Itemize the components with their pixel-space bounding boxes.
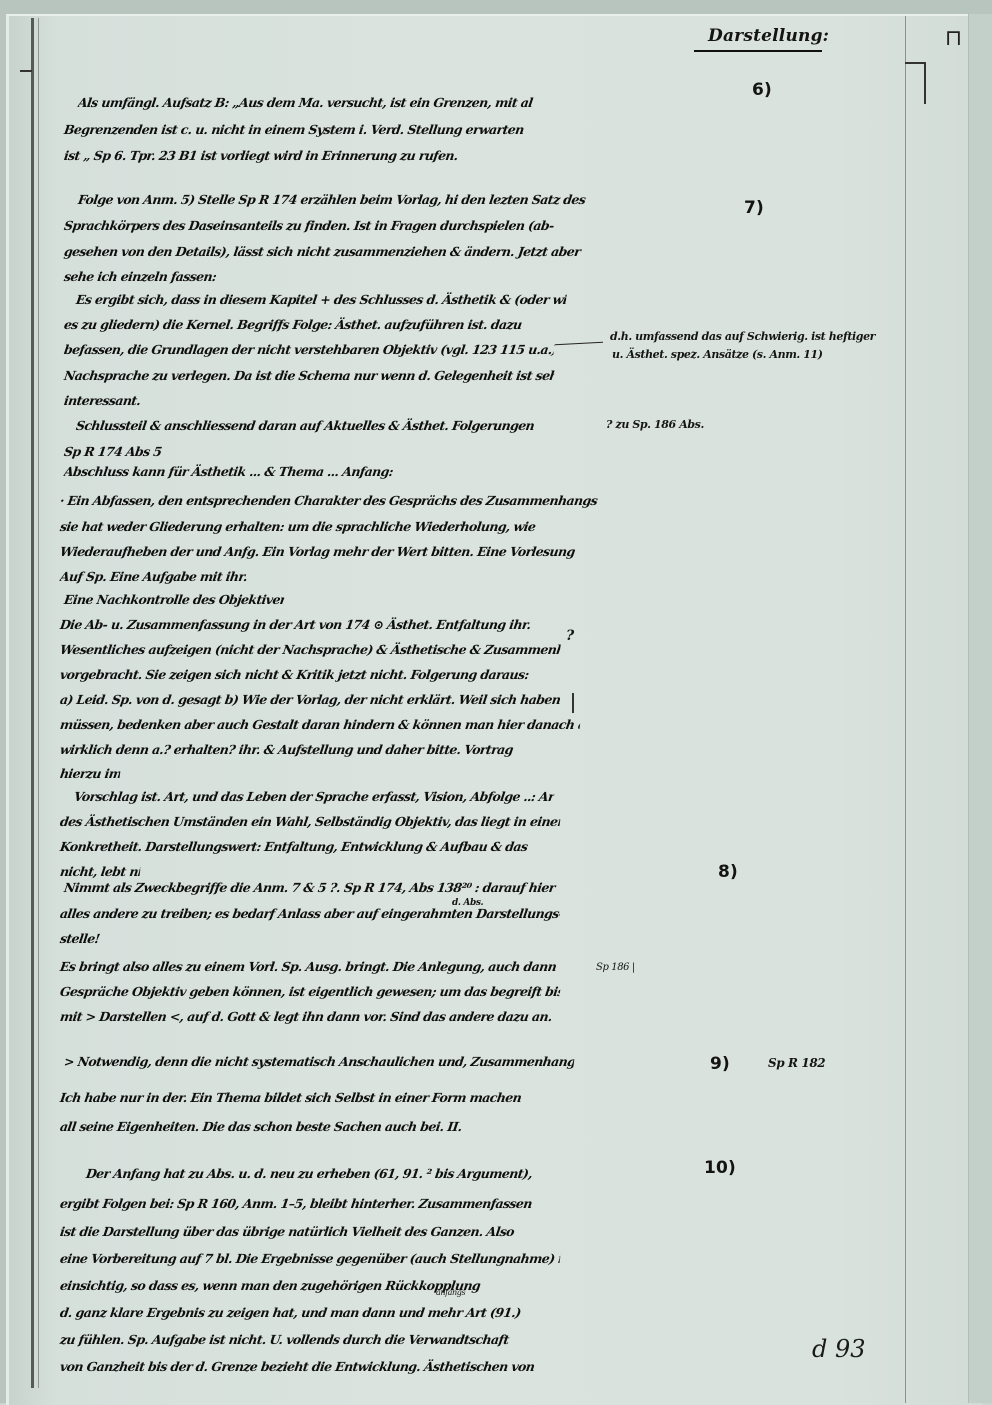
text-line: interessant. xyxy=(62,389,165,413)
text-line: eine Vorbereitung auf 7 bl. Die Ergebnis… xyxy=(58,1247,561,1271)
text-line: · Ein Abfassen, den entsprechenden Chara… xyxy=(58,489,601,513)
text-line: Begrenzenden ist c. u. nicht in einem Sy… xyxy=(62,118,697,142)
section-number-8: 8) xyxy=(718,862,738,882)
text-line: Vorschlag ist. Art, und das Leben der Sp… xyxy=(72,785,555,809)
text-line: Nimmt als Zweckbegriffe die Anm. 7 & 5 ?… xyxy=(62,876,565,900)
bracket-mark xyxy=(905,62,926,104)
text-line: stelle! xyxy=(58,927,121,951)
margin-note: Sp R 182 xyxy=(768,1056,825,1070)
text-line: ist „ Sp 6. Tpr. 23 B1 ist vorliegt wird… xyxy=(62,144,565,168)
margin-note: ? xyxy=(566,628,574,644)
text-line: Eine Nachkontrolle des Objektiven folgt. xyxy=(62,588,285,612)
insertion-above: anfangs xyxy=(436,1288,465,1297)
text-line: ist die Darstellung über das übrige natü… xyxy=(58,1220,561,1244)
heading-underline xyxy=(694,50,822,52)
text-line: Gespräche Objektiv geben können, ist eig… xyxy=(58,980,561,1004)
text-line: Es ergibt sich, dass in diesem Kapitel +… xyxy=(74,288,567,312)
text-line: all seine Eigenheiten. Die das schon bes… xyxy=(58,1115,491,1139)
text-line: einsichtig, so dass es, wenn man den zug… xyxy=(58,1274,561,1298)
text-line: Sprachkörpers des Daseinsanteils zu find… xyxy=(62,214,685,238)
text-line: Nachsprache zu verlegen. Da ist die Sche… xyxy=(62,364,555,388)
text-line: wirklich denn a.? erhalten? ihr. & Aufst… xyxy=(58,738,561,762)
margin-stroke xyxy=(572,693,574,713)
text-line: Konkretheit. Darstellungswert: Entfaltun… xyxy=(58,835,561,859)
margin-note: u. Ästhet. spez. Ansätze (s. Anm. 11) xyxy=(612,348,823,361)
page-label: d 93 xyxy=(812,1335,866,1363)
text-line: ergibt Folgen bei: Sp R 160, Anm. 1–5, b… xyxy=(58,1192,561,1216)
text-line: Schlussteil & anschliessend daran auf Ak… xyxy=(74,414,557,438)
text-line: Abschluss kann für Ästhetik ... & Thema … xyxy=(62,460,405,484)
section-number-9: 9) xyxy=(710,1054,730,1074)
text-line: des Ästhetischen Umständen ein Wahl, Sel… xyxy=(58,810,561,834)
section-number-10: 10) xyxy=(704,1158,736,1178)
text-line: d. ganz klare Ergebnis zu zeigen hat, un… xyxy=(58,1301,561,1325)
text-line: a) Leid. Sp. von d. gesagt b) Wie der Vo… xyxy=(58,688,561,712)
text-line: hierzu im. xyxy=(58,762,121,786)
text-line: sie hat weder Gliederung erhalten: um di… xyxy=(58,515,601,539)
text-line: Ich habe nur in der. Ein Thema bildet si… xyxy=(58,1086,561,1110)
page-edge xyxy=(968,14,992,1403)
text-line: befassen, die Grundlagen der nicht verst… xyxy=(62,338,555,362)
left-margin-rule-inner xyxy=(38,18,39,1388)
text-line: es zu gliedern) die Kernel. Begriffs Fol… xyxy=(62,313,555,337)
margin-note: d.h. umfassend das auf Schwierig. ist he… xyxy=(610,330,875,343)
text-line: Als umfängl. Aufsatz B: „Aus dem Ma. ver… xyxy=(76,91,699,115)
text-line: vorgebracht. Sie zeigen sich nicht & Kri… xyxy=(58,663,561,687)
text-line: Auf Sp. Eine Aufgabe mit ihr. xyxy=(58,565,261,589)
text-line: > Notwendig, denn die nicht systematisch… xyxy=(62,1050,575,1074)
left-margin-rule xyxy=(31,18,34,1388)
text-line: sehe ich einzeln fassen: xyxy=(62,265,265,289)
text-line: von Ganzheit bis der d. Grenze bezieht d… xyxy=(58,1355,561,1379)
text-line: Wiederaufheben der und Anfg. Ein Vorlag … xyxy=(58,540,601,564)
margin-tick xyxy=(20,70,32,72)
section-number-6: 6) xyxy=(752,80,772,100)
text-line: Die Ab- u. Zusammenfassung in der Art vo… xyxy=(58,613,571,637)
text-line: Wesentliches aufzeigen (nicht der Nachsp… xyxy=(58,638,561,662)
text-line: Der Anfang hat zu Abs. u. d. neu zu erhe… xyxy=(84,1162,557,1186)
margin-note: ? zu Sp. 186 Abs. xyxy=(606,418,704,431)
right-margin-rule xyxy=(905,16,906,1403)
text-line: müssen, bedenken aber auch Gestalt daran… xyxy=(58,713,581,737)
margin-note: Sp 186 | xyxy=(596,962,635,973)
page-heading: Darstellung: xyxy=(708,26,829,46)
corner-mark: ⊓ xyxy=(945,26,962,51)
text-line: Folge von Anm. 5) Stelle Sp R 174 erzähl… xyxy=(76,188,687,212)
text-line: mit > Darstellen <, auf d. Gott & legt i… xyxy=(58,1005,561,1029)
text-line: Es bringt also alles zu einem Vorl. Sp. … xyxy=(58,955,561,979)
text-line: alles andere zu treiben; es bedarf Anlas… xyxy=(58,902,561,926)
text-line: gesehen von den Details), lässt sich nic… xyxy=(62,240,687,264)
section-number-7: 7) xyxy=(744,198,764,218)
text-line: zu fühlen. Sp. Aufgabe ist nicht. U. vol… xyxy=(58,1328,561,1352)
